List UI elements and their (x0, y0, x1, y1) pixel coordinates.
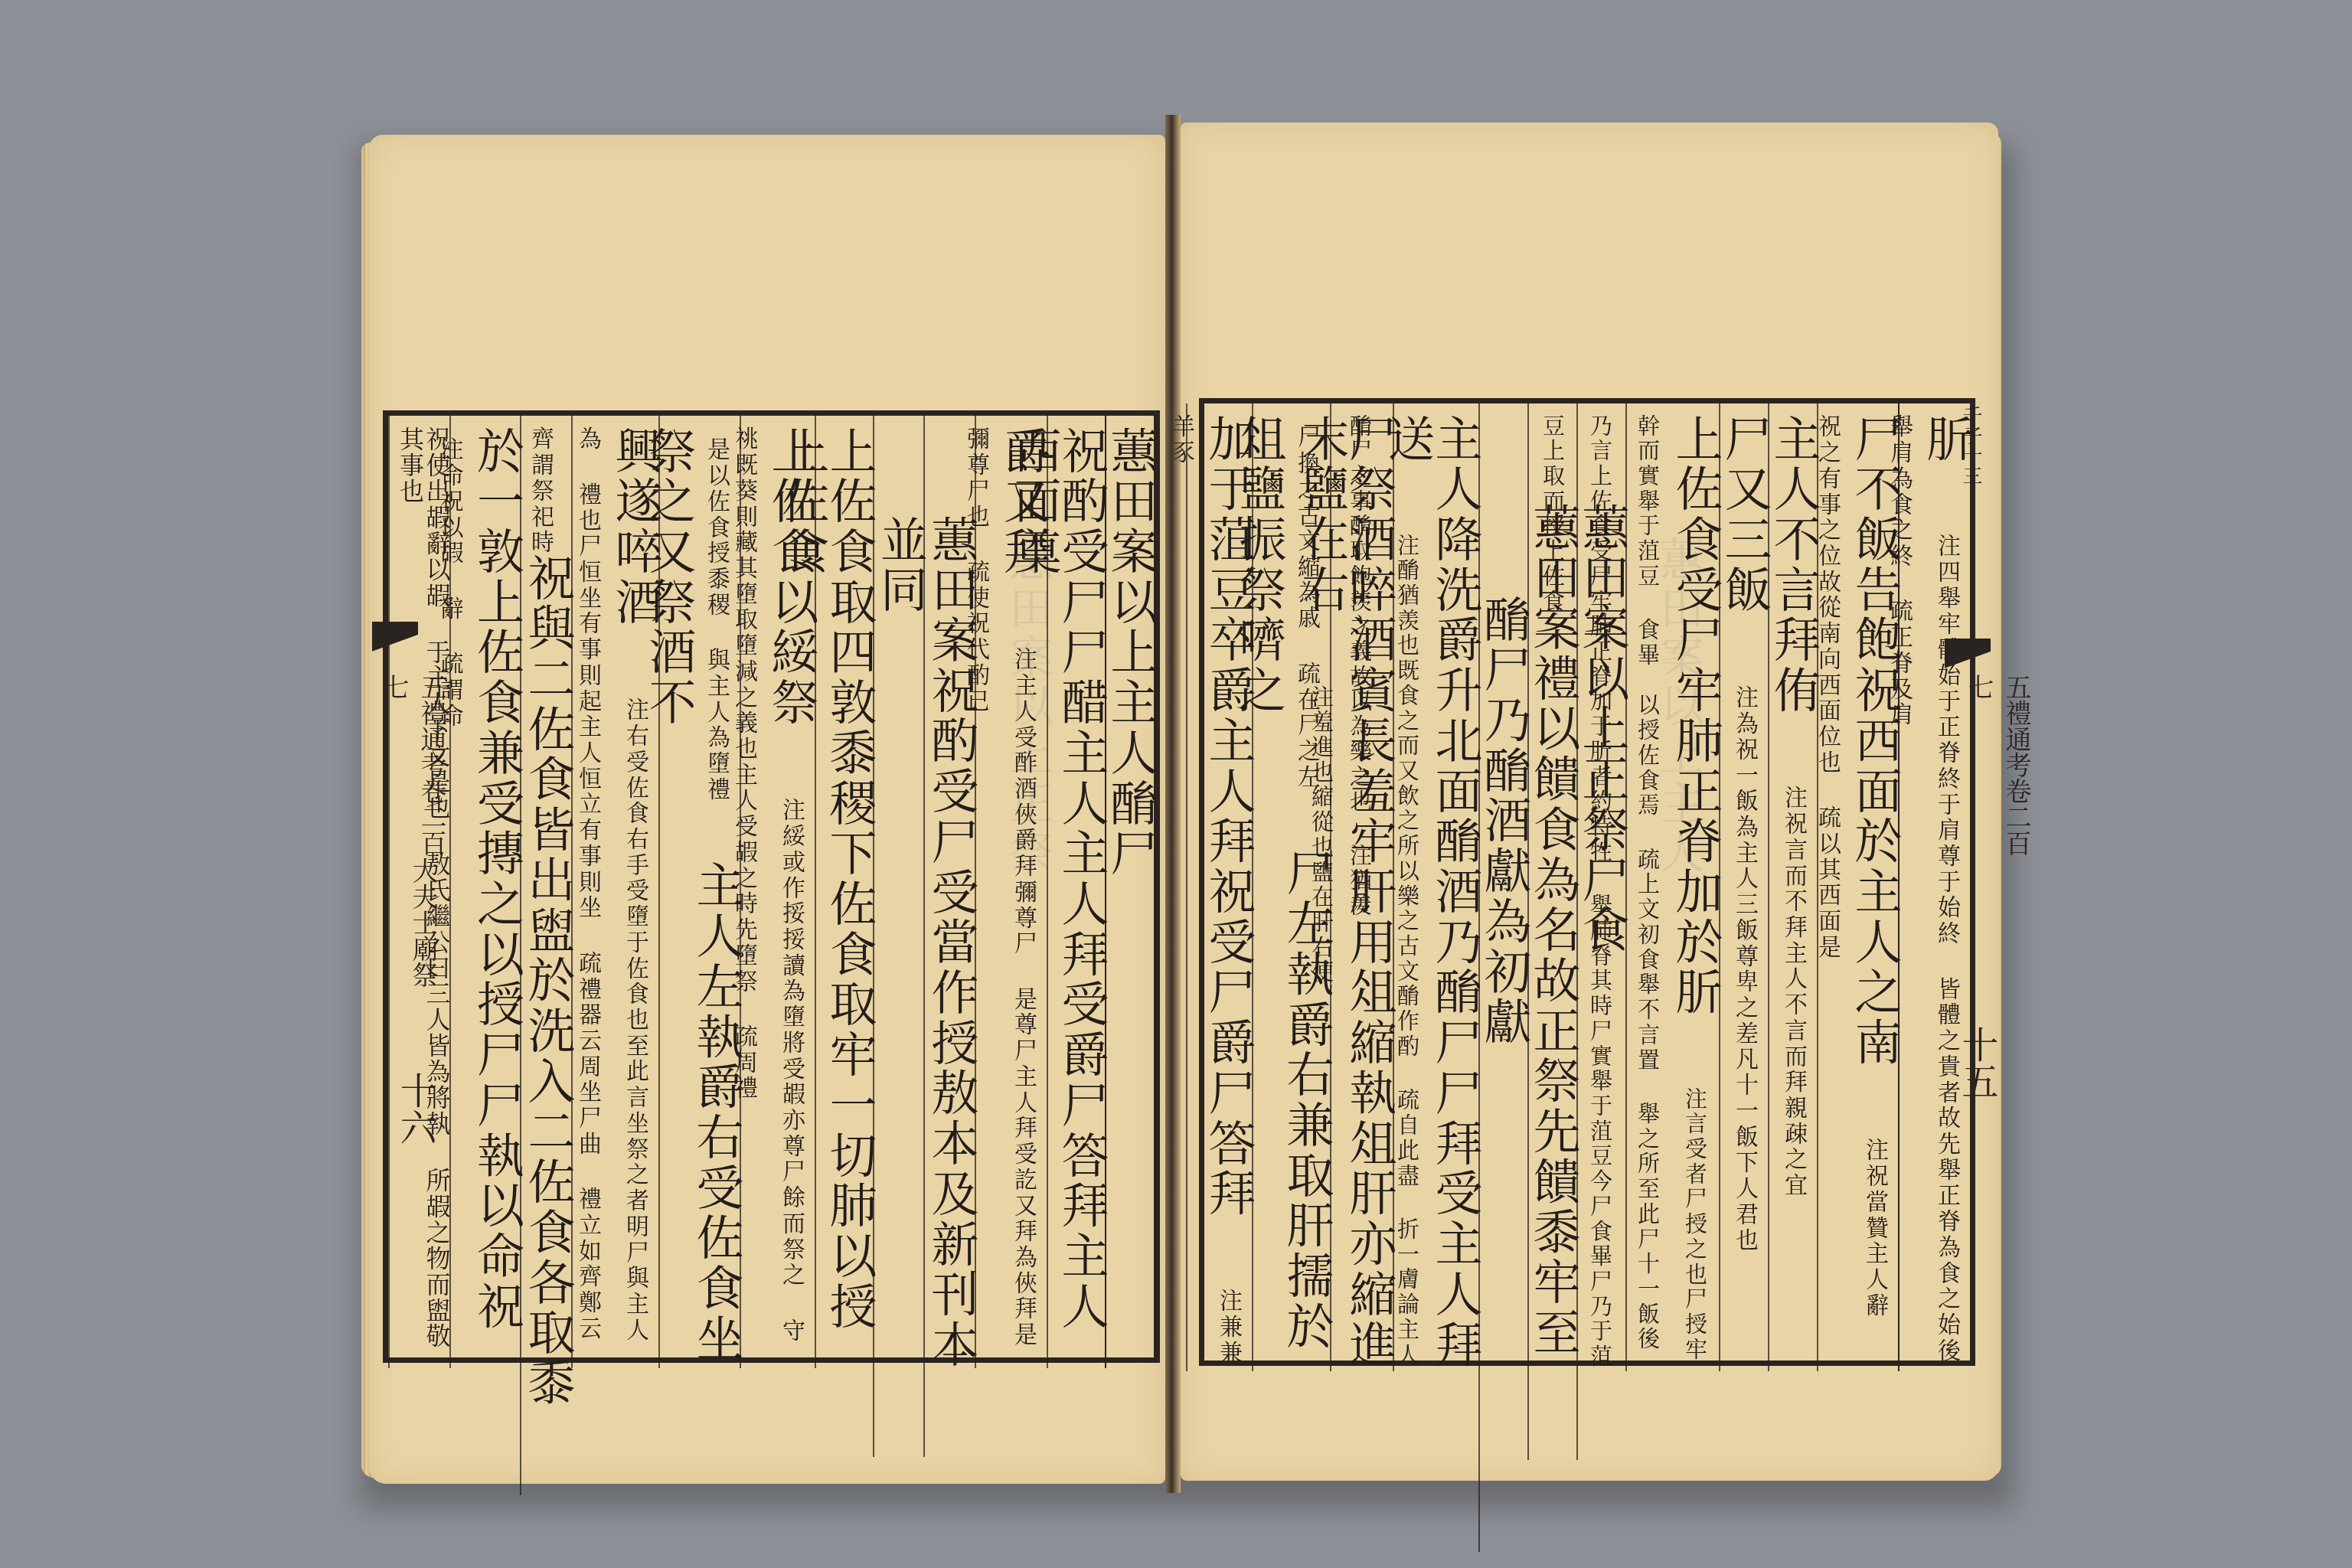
left-col-3: 爵又拜 注主人受酢酒俠爵拜彌尊尸 是尊尸主人拜受訖又拜為俠拜是彌尊尸也 疏使祝代… (975, 416, 1047, 1368)
right-col-4: 尸又三飯 注為祝一飯為主人三飯尊卑之差凡十一飯下人君也 (1719, 403, 1768, 1371)
right-folio-number: 十五 (1951, 1026, 2004, 1099)
column-text: 加于菹豆卒爵主人拜祝受尸爵尸答拜 (1200, 414, 1256, 1220)
column-text: 尸又三飯 (1717, 414, 1772, 616)
right-col-6: 蕙田案以上正祭尸食 (1576, 403, 1625, 1460)
right-col-9: 主人降洗爵升北面酳酒乃酳尸尸拜受主人拜送 注酳猶羡也既食之而又飲之所以樂之古文酳… (1393, 403, 1478, 1371)
right-col-11: 尸換之古文縮為戚 疏在尸之左 尸左執爵右兼取肝擩於俎鹽振祭嚌之 (1252, 403, 1330, 1371)
left-col-1: 蕙田案以上主人酳尸 (1105, 416, 1154, 1368)
right-col-2: 尸不飯告飽祝西面於主人之南 注祝當贊主人辭 祝之有事之位故從南向西面位也 疏以其… (1817, 403, 1898, 1371)
column-text: 尸不飯告飽祝西面於主人之南 (1847, 414, 1903, 1068)
left-col-6: 上佐食取四敦黍稷下佐食取牢一切肺以授上佐食 (815, 416, 873, 1368)
left-fishtail-mark (372, 622, 418, 658)
column-text: 並同 (872, 515, 928, 616)
right-running-title: 五禮通考卷二百七 (1960, 674, 2035, 873)
left-col-5: 並同 (873, 416, 924, 1457)
right-fishtail-mark (1945, 639, 1991, 675)
left-folio-number: 十六 (389, 1072, 442, 1145)
column-text: 蕙田案禮以饋食為名故正祭先饋黍牢至 (1525, 503, 1581, 1358)
column-annotation: 注祝言而不拜主人不言而拜親疎之宜 (1780, 775, 1807, 1199)
column-text: 爵又拜 (995, 426, 1051, 577)
column-text: 主人不言拜侑 (1766, 414, 1821, 716)
column-text: 蕙田案祝酌受尸受當作授敖本及新刊本 (923, 515, 979, 1370)
left-col-8: 是以佐食授黍稷 與主人為墮禮 主人左執爵右受佐食坐祭之又祭酒不 (658, 416, 740, 1368)
column-annotation: 注為祝一飯為主人三飯尊卑之差凡十一飯下人君也 (1731, 675, 1758, 1253)
left-col-11: 於一敦上佐食兼受摶之以授尸尸執以命祝 注命祝以嘏 辭 疏謂命 (449, 416, 520, 1368)
column-text: 興遂啐酒 (607, 426, 663, 628)
left-col-9: 興遂啐酒 注右受佐食右手受墮于佐食也至此言坐祭之者明尸與主人為 禮也尸恒坐有事則… (571, 416, 658, 1368)
column-text: 上佐食以綏祭 (763, 426, 819, 728)
right-col-8: 酳尸乃酳酒獻為初獻 (1478, 403, 1527, 1552)
column-text: 祝與二佐食皆出盥於洗入二佐食各取黍 (520, 554, 576, 1409)
right-col-5: 上佐食受尸牢肺正脊加於肵 注言受者尸授之也尸授牢幹而實舉于菹豆 食畢𢪇以授佐食焉… (1625, 403, 1719, 1371)
column-text: 蕙田案以上正祭尸食 (1574, 503, 1630, 955)
left-section-title: 大夫士廟祭 (404, 857, 442, 1011)
column-text: 酳尸乃酳酒獻為初獻 (1476, 595, 1532, 1047)
left-running-title: 五禮通考卷二百七 (375, 674, 450, 873)
column-text: 上佐食受尸牢肺正脊加於肵 (1668, 414, 1723, 1018)
right-page-frame: 肵 注四舉牢體始于正脊終于肩尊于始終 皆體之貴者故先舉正脊為食之始後舉肩為食之終… (1199, 398, 1975, 1366)
left-page-frame: 蕙田案以上主人酳尸 祝酌受尸尸醋主人主人拜受爵尸答拜主人西面奠 爵又拜 注主人受… (383, 410, 1160, 1363)
column-text: 於一敦上佐食兼受摶之以授尸尸執以命祝 (469, 426, 524, 1332)
right-col-7: 蕙田案禮以饋食為名故正祭先饋黍牢至 (1527, 403, 1576, 1460)
right-col-1: 肵 注四舉牢體始于正脊終于肩尊于始終 皆體之貴者故先舉正脊為食之始後舉肩為食之終… (1898, 403, 1970, 1371)
right-col-3: 主人不言拜侑 注祝言而不拜主人不言而拜親疎之宜 (1768, 403, 1817, 1371)
right-top-margin-note: 千子十三 (1957, 406, 1985, 498)
left-col-4: 蕙田案祝酌受尸受當作授敖本及新刊本 (923, 416, 975, 1457)
column-annotation: 尸換之古文縮為戚 疏在尸之左 (1293, 414, 1320, 790)
right-col-12: 加于菹豆卒爵主人拜祝受尸爵尸答拜 注兼兼羊豕 (1186, 403, 1252, 1371)
left-col-2: 祝酌受尸尸醋主人主人拜受爵尸答拜主人西面奠 (1047, 416, 1105, 1368)
left-col-7: 上佐食以綏祭 注綏或作挼挼讀為墮將受嘏亦尊尸餘而祭之 守祧既葵則藏其墮取墮減之義… (740, 416, 815, 1368)
book-gutter (1165, 115, 1181, 1493)
left-col-10: 祝與二佐食皆出盥於洗入二佐食各取黍 (520, 416, 571, 1495)
right-col-10: 尸祭酒啐酒賓長羞牢肝用俎縮執俎肝亦縮進末鹽在右 注羞進也縮從也鹽在肝右便 (1330, 403, 1393, 1371)
column-annotation: 是以佐食授黍稷 與主人為墮禮 (703, 426, 730, 802)
column-text: 蕙田案以上主人酳尸 (1102, 426, 1158, 879)
